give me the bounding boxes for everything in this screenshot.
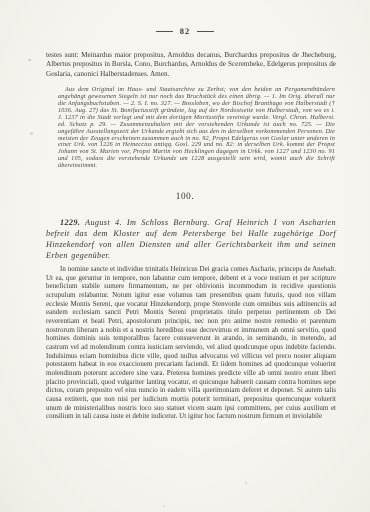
scan-speck <box>30 132 33 135</box>
page-number: 82 <box>180 26 191 36</box>
header-rule-left <box>156 31 173 32</box>
scan-speck <box>28 59 31 61</box>
scan-speck <box>245 482 247 484</box>
header-rule-right <box>197 31 214 32</box>
charter-latin-body: In nomine sancte et individue trinitatis… <box>46 265 336 421</box>
scanned-book-page: { "colors": { "paper": "#f5f3ee", "ink":… <box>0 0 370 512</box>
charter-heading-date: 1229. <box>60 218 80 227</box>
charter-heading-regest: August 4. Im Schloss Bernburg. Graf Hein… <box>46 218 336 259</box>
apparatus-note: Aus dem Original im Haus- und Staatsarch… <box>58 87 335 170</box>
scan-speck <box>163 505 165 507</box>
scan-speck <box>311 222 313 224</box>
running-head: 82 <box>0 26 370 36</box>
charter-heading: 1229. August 4. Im Schloss Bernburg. Gra… <box>46 218 336 261</box>
charter-number: 100. <box>0 191 370 201</box>
witness-list-paragraph: testes sunt: Meinardus maior prepositus,… <box>46 51 336 79</box>
